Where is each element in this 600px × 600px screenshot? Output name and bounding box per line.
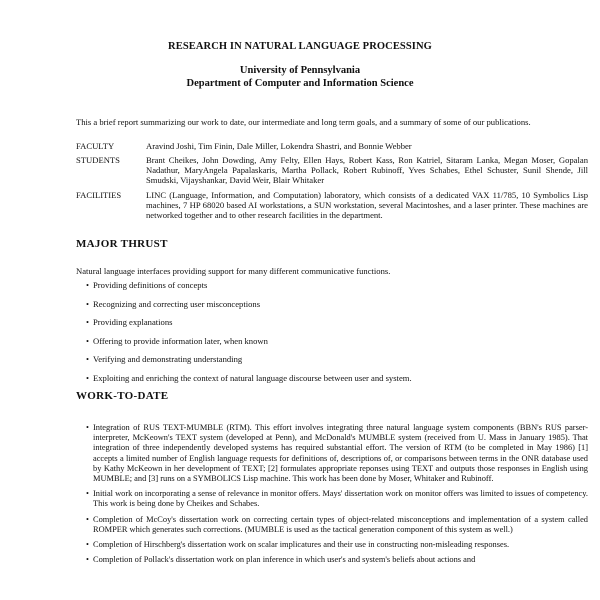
affiliation: University of Pennsylvania Department of… [0, 64, 600, 90]
list-item: Providing definitions of concepts [86, 280, 586, 299]
list-item: Offering to provide information later, w… [86, 336, 586, 355]
intro-paragraph: This a brief report summarizing our work… [76, 117, 588, 127]
faculty-label: FACULTY [76, 141, 146, 151]
document-page: RESEARCH IN NATURAL LANGUAGE PROCESSING … [0, 0, 600, 600]
document-title: RESEARCH IN NATURAL LANGUAGE PROCESSING [0, 41, 600, 52]
faculty-value: Aravind Joshi, Tim Finin, Dale Miller, L… [146, 141, 588, 151]
list-item: Completion of Pollack's dissertation wor… [86, 555, 588, 565]
list-item: Recognizing and correcting user misconce… [86, 299, 586, 318]
list-item: Completion of McCoy's dissertation work … [86, 515, 588, 535]
work-to-date-heading: WORK-TO-DATE [76, 390, 168, 402]
list-item: Initial work on incorporating a sense of… [86, 489, 588, 509]
students-label: STUDENTS [76, 155, 146, 165]
major-thrust-list: Providing definitions of concepts Recogn… [86, 280, 586, 391]
list-item: Completion of Hirschberg's dissertation … [86, 540, 588, 550]
list-item: Exploiting and enriching the context of … [86, 373, 586, 392]
institution: University of Pennsylvania [0, 64, 600, 77]
list-item: Providing explanations [86, 317, 586, 336]
list-item: Integration of RUS TEXT-MUMBLE (RTM). Th… [86, 423, 588, 484]
department: Department of Computer and Information S… [0, 77, 600, 90]
facilities-label: FACILITIES [76, 190, 146, 200]
students-value: Brant Cheikes, John Dowding, Amy Felty, … [146, 155, 588, 185]
facilities-value: LINC (Language, Information, and Computa… [146, 190, 588, 220]
major-thrust-heading: MAJOR THRUST [76, 238, 168, 250]
list-item: Verifying and demonstrating understandin… [86, 354, 586, 373]
major-thrust-lead: Natural language interfaces providing su… [76, 266, 596, 276]
work-to-date-list: Integration of RUS TEXT-MUMBLE (RTM). Th… [86, 423, 588, 570]
